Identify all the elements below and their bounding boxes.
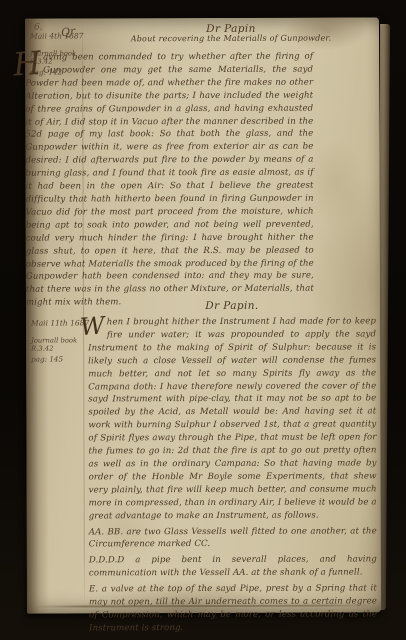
paper-stain — [305, 137, 365, 227]
entry-1-subtitle: About recovering the Materialls of Gunpo… — [87, 33, 375, 43]
entry-2-title: Dr Papin. — [88, 299, 376, 312]
margin-note-entry-2: Maii 11th 1687. Journall book R.3.42 pag… — [31, 318, 83, 363]
entry-2-paragraph: When I brought hither the Instrument I h… — [88, 315, 377, 523]
entry-1-paragraph: Having been commanded to try whether aft… — [25, 51, 314, 310]
spec-item-aa-bb: AA. BB. are two Glass Vessells well fitt… — [89, 525, 377, 552]
entry-1-body: Having been commanded to try whether aft… — [25, 51, 314, 310]
margin-date: Maii 11th 1687. — [31, 318, 83, 327]
margin-page-ref: pag: 145 — [31, 354, 83, 363]
entry-1-drop-cap: H — [12, 51, 42, 77]
entry-2: Dr Papin. When I brought hither the Inst… — [88, 299, 377, 635]
entry-2-drop-cap: W — [79, 316, 105, 338]
manuscript-photo: 6. Maii 4th 1687 Journall book R.3.42 pa… — [0, 0, 406, 640]
entry-2-paragraph-text: hen I brought hither the Instrument I ha… — [88, 316, 377, 521]
heading-flourish-mark: Qr — [60, 25, 76, 40]
manuscript-page: 6. Maii 4th 1687 Journall book R.3.42 pa… — [25, 17, 381, 613]
spec-item-dddd: D.D.D.D a pipe bent in severall places, … — [89, 554, 377, 581]
spec-item-e-valve: E. a valve at the top of the sayd Pipe, … — [89, 583, 377, 636]
margin-source: Journall book R.3.42 — [31, 336, 83, 352]
entry-1-paragraph-text: aving been commanded to try whether afte… — [25, 52, 314, 308]
entry-1-heading: Dr Papin About recovering the Materialls… — [87, 22, 375, 43]
